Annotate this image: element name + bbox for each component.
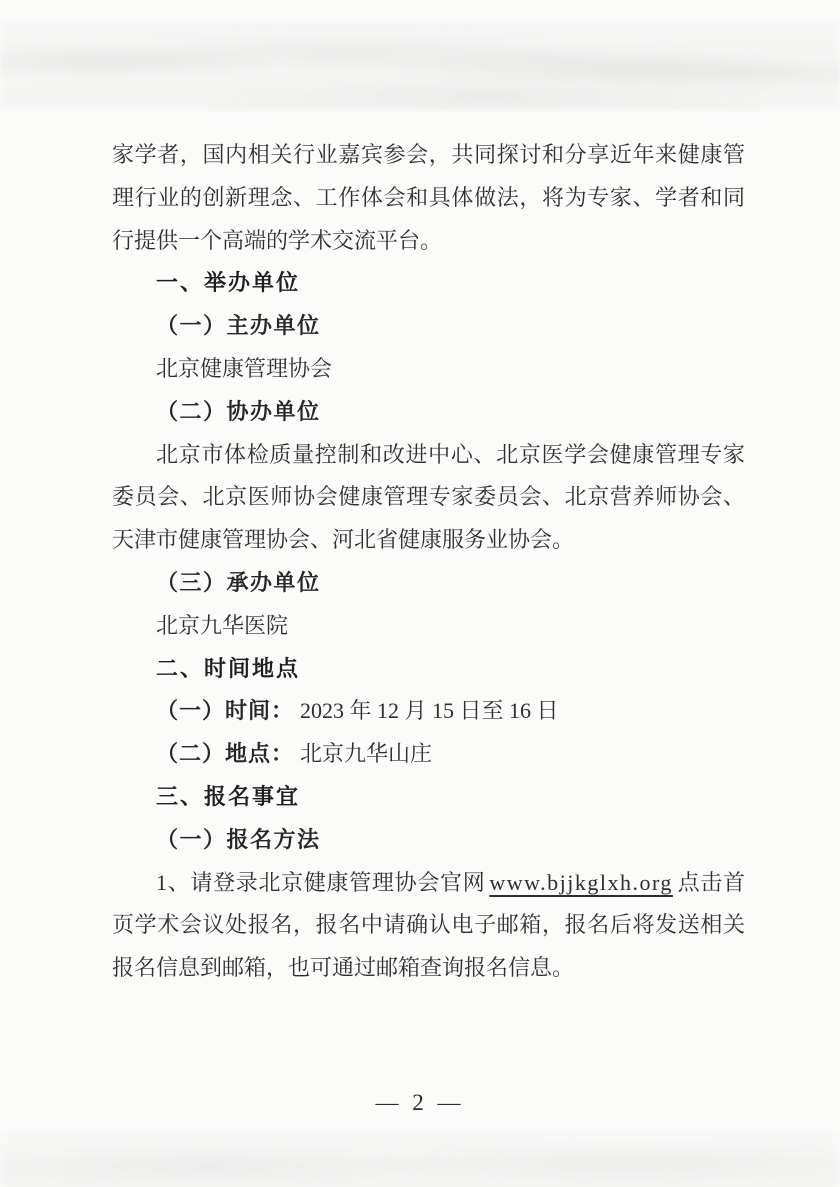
intro-line-3: 行提供一个高端的学术交流平台。 bbox=[112, 220, 745, 263]
co-organizers-line-1: 北京市体检质量控制和改进中心、北京医学会健康管理专家 bbox=[112, 434, 745, 477]
section-1-heading: 一、举办单位 bbox=[112, 262, 745, 305]
time-value: 2023 年 12 月 15 日至 16 日 bbox=[300, 698, 559, 723]
section-1-sub-1-heading: （一）主办单位 bbox=[112, 305, 745, 348]
registration-suffix: 点击首 bbox=[677, 870, 745, 895]
scan-artifact-top-band bbox=[0, 22, 840, 110]
registration-line-1: 1、请登录北京健康管理协会官网www.bjjkglxh.org点击首 bbox=[112, 862, 745, 905]
co-organizers-line-3: 天津市健康管理协会、河北省健康服务业协会。 bbox=[112, 519, 745, 562]
registration-website-url: www.bjjkglxh.org bbox=[485, 870, 677, 895]
scanned-page: 家学者，国内相关行业嘉宾参会，共同探讨和分享近年来健康管 理行业的创新理念、工作… bbox=[0, 0, 840, 1187]
page-number: — 2 — bbox=[0, 1083, 840, 1123]
intro-line-1: 家学者，国内相关行业嘉宾参会，共同探讨和分享近年来健康管 bbox=[112, 134, 745, 177]
scan-artifact-bottom-band bbox=[0, 1132, 840, 1187]
registration-prefix: 1、请登录北京健康管理协会官网 bbox=[156, 870, 485, 895]
section-3-heading: 三、报名事宜 bbox=[112, 776, 745, 819]
section-1-sub-3-heading: （三）承办单位 bbox=[112, 562, 745, 605]
undertaking-organizer: 北京九华医院 bbox=[112, 605, 745, 648]
place-value: 北京九华山庄 bbox=[300, 741, 432, 766]
place-label: （二）地点： bbox=[156, 741, 294, 766]
section-3-sub-1-heading: （一）报名方法 bbox=[112, 819, 745, 862]
registration-line-2: 页学术会议处报名，报名中请确认电子邮箱，报名后将发送相关 bbox=[112, 904, 745, 947]
host-organizer: 北京健康管理协会 bbox=[112, 348, 745, 391]
event-time-line: （一）时间：2023 年 12 月 15 日至 16 日 bbox=[112, 690, 745, 733]
registration-line-3: 报名信息到邮箱，也可通过邮箱查询报名信息。 bbox=[112, 947, 745, 990]
intro-line-2: 理行业的创新理念、工作体会和具体做法，将为专家、学者和同 bbox=[112, 177, 745, 220]
section-2-heading: 二、时间地点 bbox=[112, 648, 745, 691]
time-label: （一）时间： bbox=[156, 698, 294, 723]
event-place-line: （二）地点：北京九华山庄 bbox=[112, 733, 745, 776]
co-organizers-line-2: 委员会、北京医师协会健康管理专家委员会、北京营养师协会、 bbox=[112, 476, 745, 519]
section-1-sub-2-heading: （二）协办单位 bbox=[112, 391, 745, 434]
document-body: 家学者，国内相关行业嘉宾参会，共同探讨和分享近年来健康管 理行业的创新理念、工作… bbox=[112, 134, 745, 990]
